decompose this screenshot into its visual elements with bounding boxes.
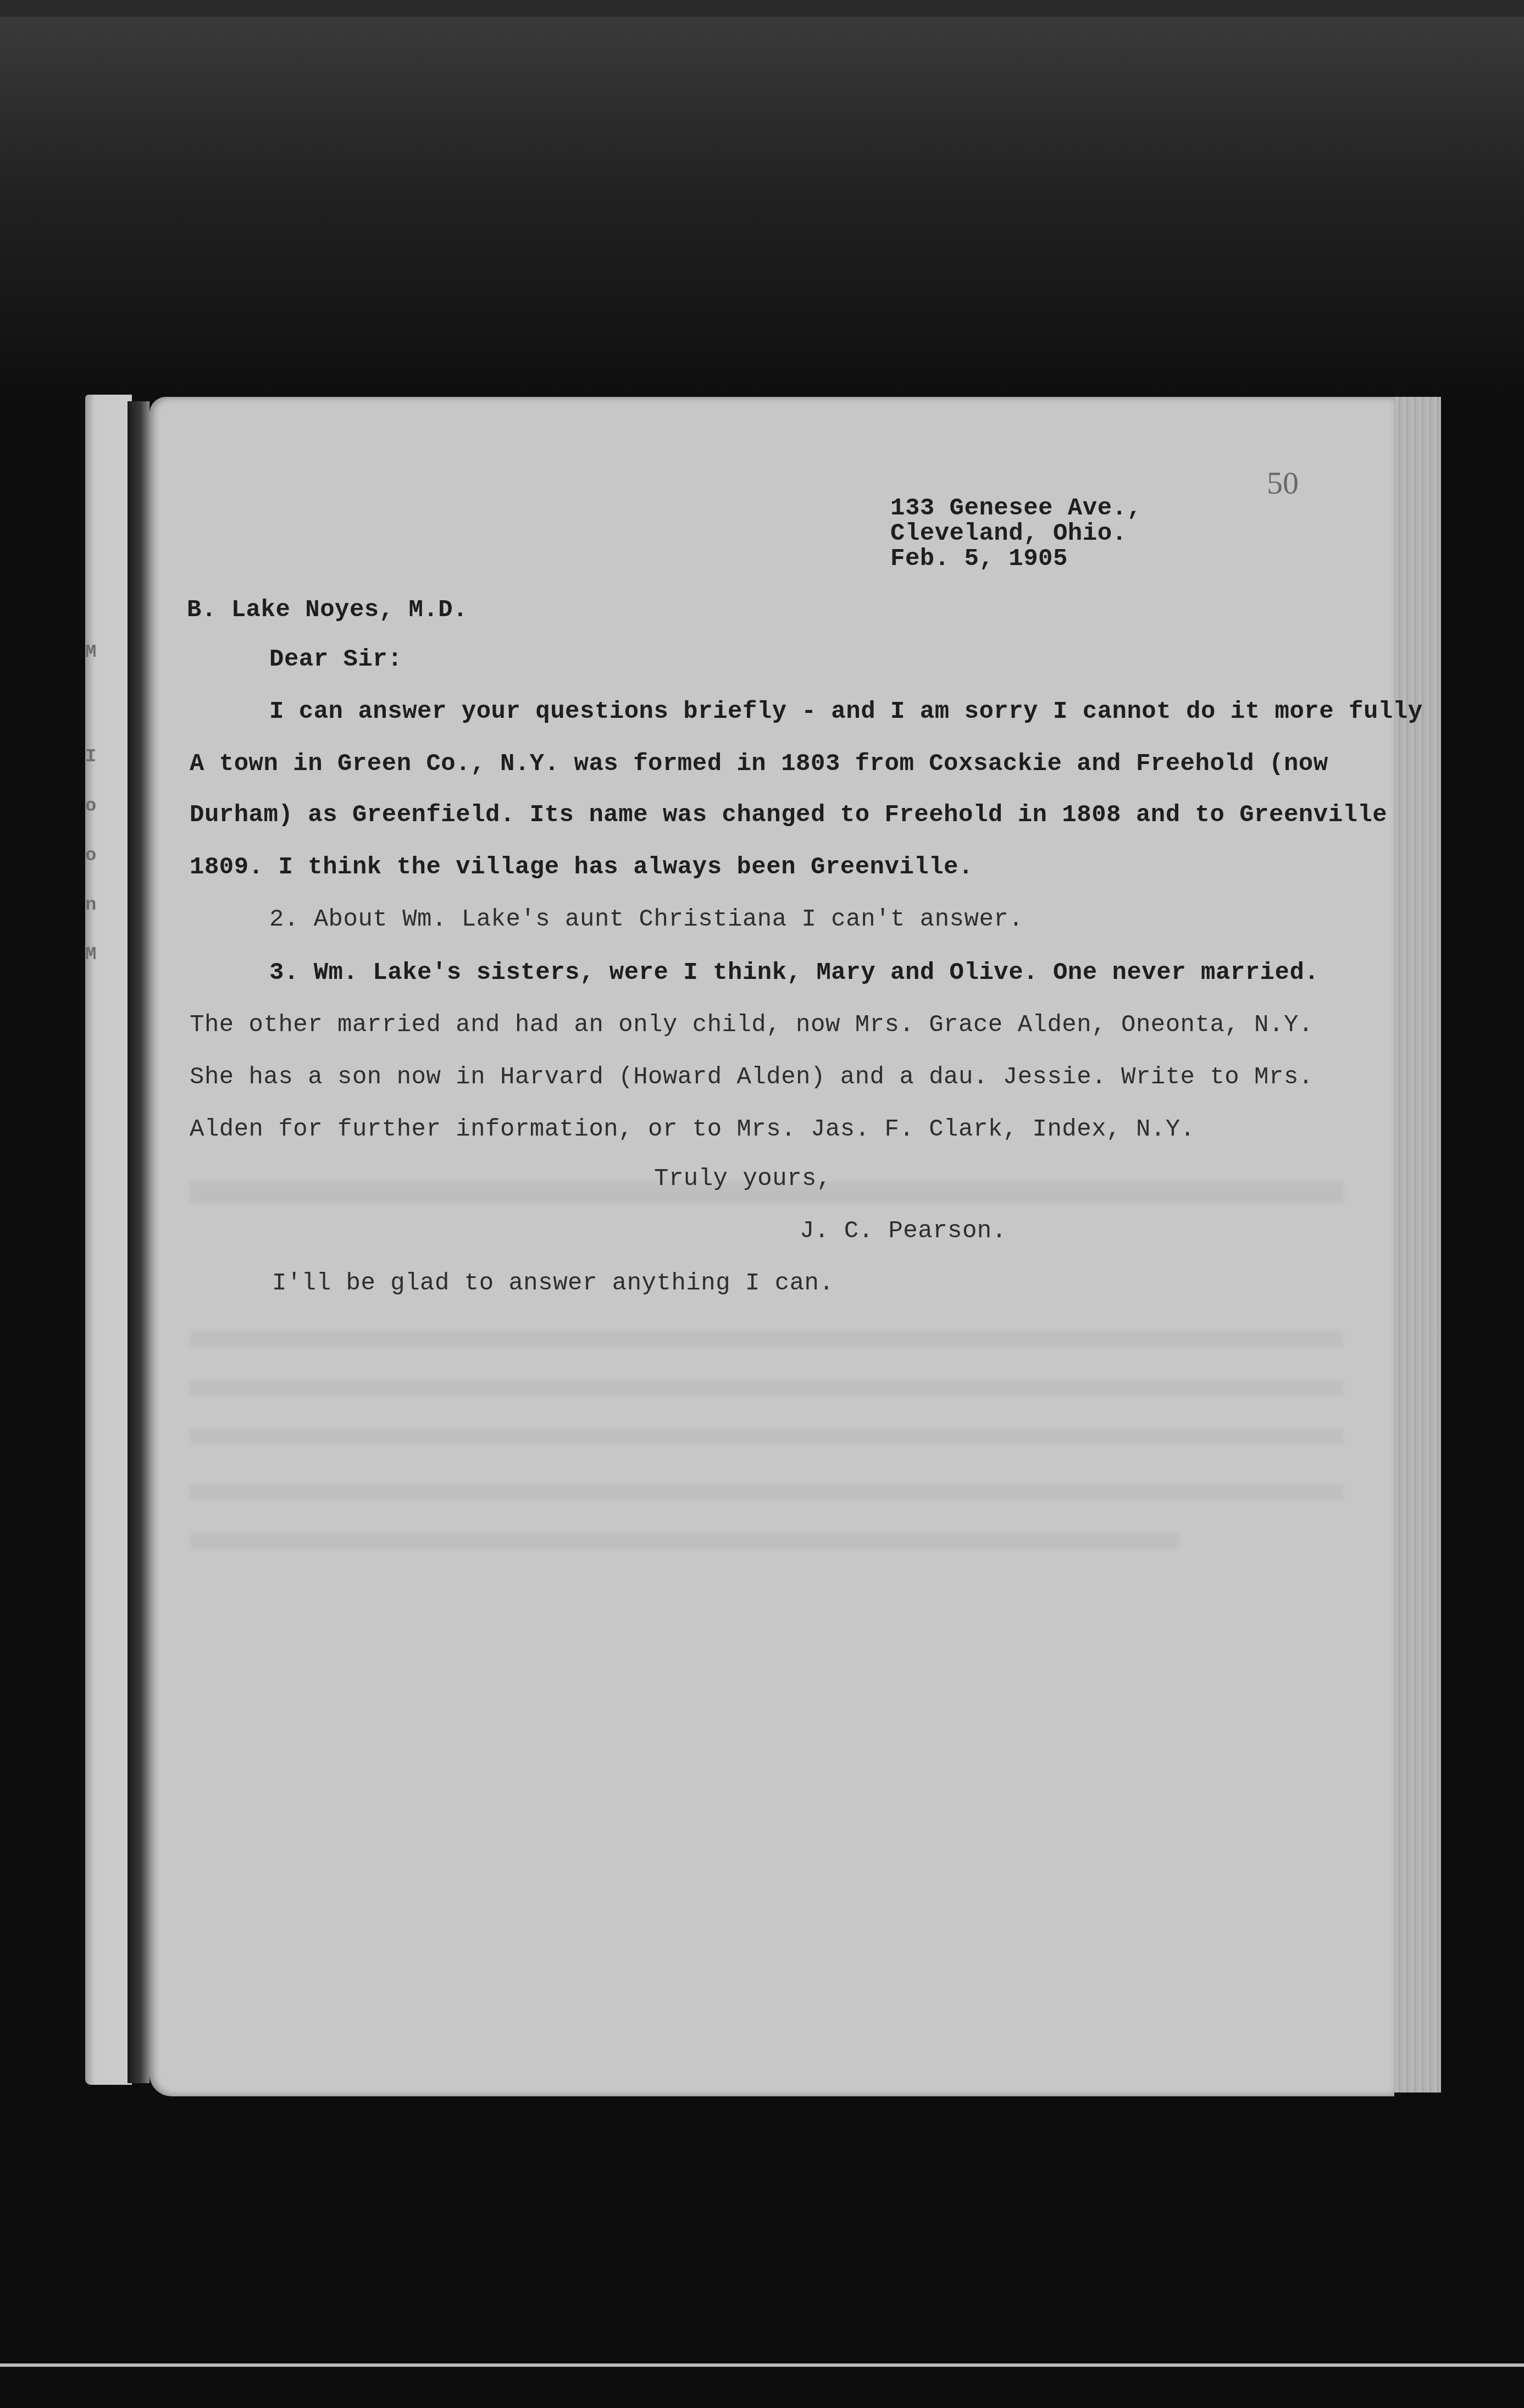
margin-letter: o [85,845,107,866]
page-number: 50 [1267,464,1299,501]
margin-letter: n [85,895,107,916]
page-stack-edge [1394,397,1441,2093]
bleed-through-text [190,1484,1344,1501]
body-line: 2. About Wm. Lake's aunt Christiana I ca… [269,906,1023,933]
body-line: Durham) as Greenfield. Its name was chan… [190,801,1387,829]
body-line: 1809. I think the village has always bee… [190,854,973,881]
return-address-street: 133 Genesee Ave., [890,495,1141,522]
bleed-through-text [190,1380,1344,1396]
margin-letter: M [85,642,107,663]
margin-letter: I [85,746,107,767]
body-line: 3. Wm. Lake's sisters, were I think, Mar… [269,959,1319,987]
signature: J. C. Pearson. [800,1217,1007,1245]
book-gutter [128,401,149,2083]
closing: Truly yours, [654,1165,832,1193]
margin-letter: o [85,796,107,817]
body-line: Alden for further information, or to Mrs… [190,1116,1195,1143]
margin-letter: M [85,944,107,965]
salutation: Dear Sir: [269,646,402,673]
body-line: A town in Green Co., N.Y. was formed in … [190,750,1328,778]
microfilm-backdrop [0,16,1524,401]
body-line: I can answer your questions briefly - an… [269,698,1423,726]
body-line: The other married and had an only child,… [190,1011,1314,1039]
recipient-name: B. Lake Noyes, M.D. [187,596,468,624]
film-bottom-edge [0,2363,1524,2367]
postscript: I'll be glad to answer anything I can. [272,1270,834,1297]
return-address-city: Cleveland, Ohio. [890,520,1127,547]
bleed-through-text [190,1330,1344,1347]
film-top-band [0,0,1524,16]
bleed-through-text [190,1429,1344,1446]
letter-date: Feb. 5, 1905 [890,545,1068,573]
body-line: She has a son now in Harvard (Howard Ald… [190,1064,1314,1091]
bleed-through-text [190,1534,1179,1550]
left-page-edge: M I o o n M [85,395,132,2085]
